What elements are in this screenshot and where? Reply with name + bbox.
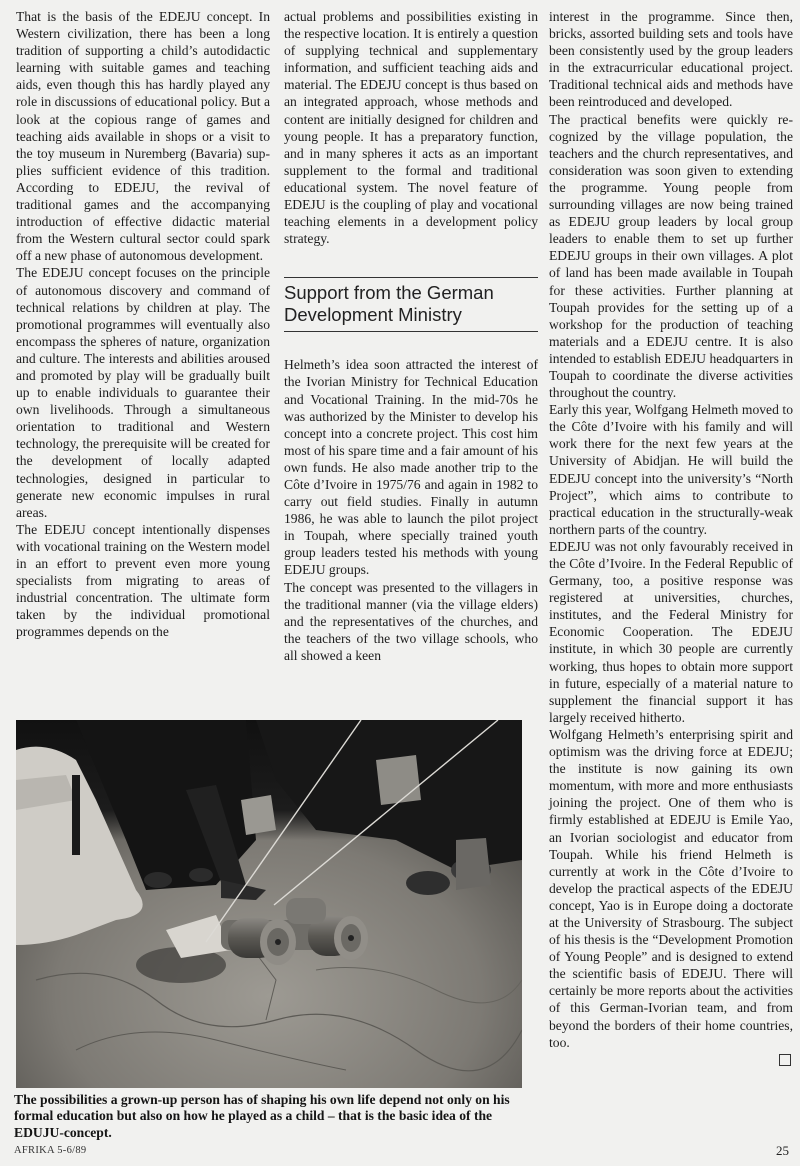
photo-caption: The possibilities a grown-up person has … [14,1092,524,1141]
publication-label: AFRIKA 5-6/89 [14,1145,86,1156]
end-of-article-icon [779,1054,791,1066]
paragraph: That is the basis of the EDEJU concept. … [16,8,270,264]
page-number: 25 [776,1143,789,1159]
article-column-1: That is the basis of the EDEJU concept. … [16,8,270,640]
paragraph: The EDEJU concept focuses on the prin­ci… [16,264,270,520]
paragraph: Wolfgang Helmeth’s enterprising spirit a… [549,726,793,1051]
article-column-2: actual problems and possibilities existi… [284,8,538,664]
paragraph: The concept was presented to the village… [284,579,538,664]
paragraph: interest in the programme. Since then, b… [549,8,793,111]
section-heading-block: Support from the German Development Mini… [284,277,538,332]
paragraph: The practical benefits were quickly re­c… [549,111,793,402]
paragraph: The EDEJU concept intentionally dis­pens… [16,521,270,641]
paragraph: actual problems and possibilities existi… [284,8,538,247]
paragraph: Helmeth’s idea soon attracted the intere… [284,356,538,578]
paragraph: EDEJU was not only favourably received i… [549,538,793,726]
section-heading: Support from the German Development Mini… [284,282,538,326]
toy-car-photo-illustration [16,720,522,1088]
paragraph: Early this year, Wolfgang Helmeth moved … [549,401,793,538]
article-photo [16,720,522,1088]
tin-can-wheel [286,898,326,924]
article-column-3: interest in the programme. Since then, b… [549,8,793,1066]
